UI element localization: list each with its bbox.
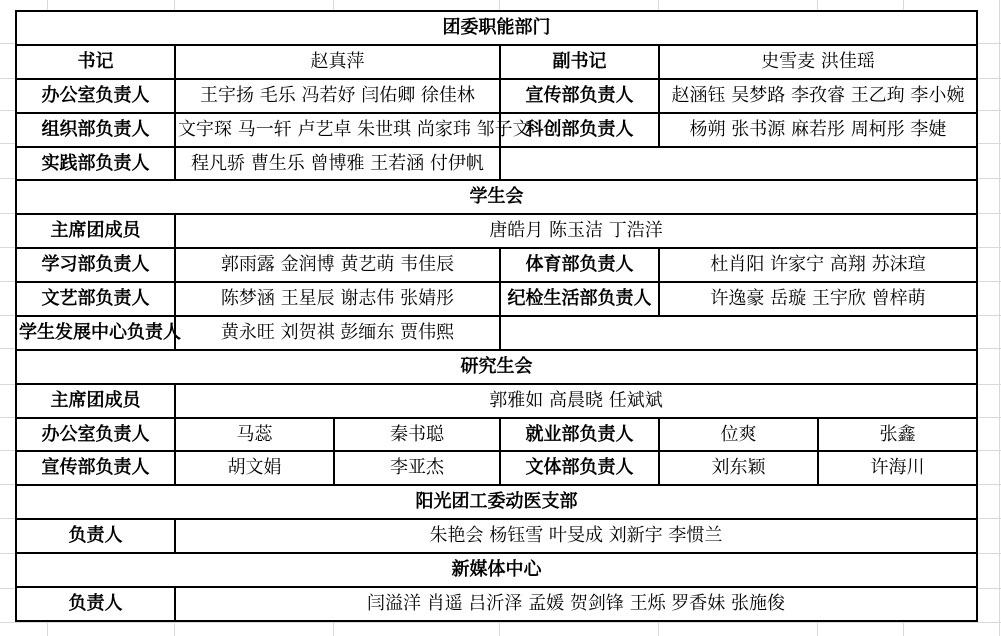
names-cell[interactable]: 朱艳会 杨钰雪 叶旻成 刘新宇 李惯兰 (175, 519, 977, 553)
role-label-cell[interactable]: 主席团成员 (16, 384, 175, 418)
empty-cell[interactable] (500, 316, 977, 350)
role-label-cell[interactable]: 体育部负责人 (500, 248, 659, 282)
table-row: 组织部负责人 文宇琛 马一轩 卢艺卓 朱世琪 尚家玮 邹子文 科创部负责人 杨朔… (16, 113, 977, 147)
role-label-cell[interactable]: 主席团成员 (16, 214, 175, 248)
names-cell[interactable]: 赵涵钰 吴梦路 李孜睿 王乙珣 李小婉 (659, 79, 977, 113)
names-cell[interactable]: 郭雨露 金润博 黄艺萌 韦佳辰 (175, 248, 500, 282)
table-row: 实践部负责人 程凡骄 曹生乐 曾博雅 王若涵 付伊帆 (16, 147, 977, 181)
table-row: 负责人 朱艳会 杨钰雪 叶旻成 刘新宇 李惯兰 (16, 519, 977, 553)
role-label-cell[interactable]: 宣传部负责人 (16, 451, 175, 485)
role-label-cell[interactable]: 学习部负责人 (16, 248, 175, 282)
table-row: 办公室负责人 王宇扬 毛乐 冯若妤 闫佑卿 徐佳林 宣传部负责人 赵涵钰 吴梦路… (16, 79, 977, 113)
names-cell[interactable]: 陈梦涵 王星辰 谢志伟 张婧彤 (175, 282, 500, 316)
section-title-cell[interactable]: 研究生会 (16, 350, 977, 384)
section-title-cell[interactable]: 学生会 (16, 180, 977, 214)
table-row: 主席团成员 郭雅如 高晨晓 任斌斌 (16, 384, 977, 418)
table-row: 阳光团工委动医支部 (16, 485, 977, 519)
names-cell[interactable]: 黄永旺 刘贺祺 彭缅东 贾伟熙 (175, 316, 500, 350)
table-row: 团委职能部门 (16, 11, 977, 45)
empty-cell[interactable] (500, 147, 977, 181)
names-cell[interactable]: 郭雅如 高晨晓 任斌斌 (175, 384, 977, 418)
section-title-cell[interactable]: 团委职能部门 (16, 11, 977, 45)
role-label-cell[interactable]: 宣传部负责人 (500, 79, 659, 113)
names-cell[interactable]: 闫溢洋 肖遥 吕沂泽 孟媛 贺剑锋 王烁 罗香妹 张施俊 (175, 587, 977, 621)
name-cell[interactable]: 马蕊 (175, 418, 334, 452)
name-cell[interactable]: 秦书聪 (334, 418, 500, 452)
table-row: 主席团成员 唐皓月 陈玉洁 丁浩洋 (16, 214, 977, 248)
table-row: 学生发展中心负责人 黄永旺 刘贺祺 彭缅东 贾伟熙 (16, 316, 977, 350)
section-title-cell[interactable]: 新媒体中心 (16, 553, 977, 587)
role-label-cell[interactable]: 学生发展中心负责人 (16, 316, 175, 350)
table-row: 办公室负责人 马蕊 秦书聪 就业部负责人 位爽 张鑫 (16, 418, 977, 452)
role-label-cell[interactable]: 组织部负责人 (16, 113, 175, 147)
role-label-cell[interactable]: 实践部负责人 (16, 147, 175, 181)
role-label-cell[interactable]: 负责人 (16, 587, 175, 621)
names-cell[interactable]: 杨朔 张书源 麻若彤 周柯彤 李婕 (659, 113, 977, 147)
table-row: 宣传部负责人 胡文娟 李亚杰 文体部负责人 刘东颖 许海川 (16, 451, 977, 485)
role-label-cell[interactable]: 就业部负责人 (500, 418, 659, 452)
names-cell[interactable]: 杜肖阳 许家宁 高翔 苏沫瑄 (659, 248, 977, 282)
role-label-cell[interactable]: 文体部负责人 (500, 451, 659, 485)
table-row: 研究生会 (16, 350, 977, 384)
role-label-cell[interactable]: 副书记 (500, 45, 659, 79)
names-cell[interactable]: 赵真萍 (175, 45, 500, 79)
names-cell[interactable]: 文宇琛 马一轩 卢艺卓 朱世琪 尚家玮 邹子文 (175, 113, 500, 147)
role-label-cell[interactable]: 办公室负责人 (16, 418, 175, 452)
table-row: 学习部负责人 郭雨露 金润博 黄艺萌 韦佳辰 体育部负责人 杜肖阳 许家宁 高翔… (16, 248, 977, 282)
name-cell[interactable]: 胡文娟 (175, 451, 334, 485)
table-row: 文艺部负责人 陈梦涵 王星辰 谢志伟 张婧彤 纪检生活部负责人 许逸豪 岳璇 王… (16, 282, 977, 316)
table-row: 书记 赵真萍 副书记 史雪麦 洪佳瑶 (16, 45, 977, 79)
names-cell[interactable]: 王宇扬 毛乐 冯若妤 闫佑卿 徐佳林 (175, 79, 500, 113)
section-title-cell[interactable]: 阳光团工委动医支部 (16, 485, 977, 519)
name-cell[interactable]: 许海川 (818, 451, 977, 485)
table-row: 学生会 (16, 180, 977, 214)
role-label-cell[interactable]: 书记 (16, 45, 175, 79)
name-cell[interactable]: 位爽 (659, 418, 818, 452)
names-cell[interactable]: 程凡骄 曹生乐 曾博雅 王若涵 付伊帆 (175, 147, 500, 181)
role-label-cell[interactable]: 文艺部负责人 (16, 282, 175, 316)
names-cell[interactable]: 史雪麦 洪佳瑶 (659, 45, 977, 79)
names-cell[interactable]: 许逸豪 岳璇 王宇欣 曾梓萌 (659, 282, 977, 316)
role-label-cell[interactable]: 纪检生活部负责人 (500, 282, 659, 316)
names-cell[interactable]: 唐皓月 陈玉洁 丁浩洋 (175, 214, 977, 248)
name-cell[interactable]: 李亚杰 (334, 451, 500, 485)
role-label-cell[interactable]: 负责人 (16, 519, 175, 553)
role-label-cell[interactable]: 办公室负责人 (16, 79, 175, 113)
name-cell[interactable]: 张鑫 (818, 418, 977, 452)
table-row: 新媒体中心 (16, 553, 977, 587)
table-row: 负责人 闫溢洋 肖遥 吕沂泽 孟媛 贺剑锋 王烁 罗香妹 张施俊 (16, 587, 977, 621)
org-roster-table: 团委职能部门 书记 赵真萍 副书记 史雪麦 洪佳瑶 办公室负责人 王宇扬 毛乐 … (15, 10, 978, 622)
name-cell[interactable]: 刘东颖 (659, 451, 818, 485)
